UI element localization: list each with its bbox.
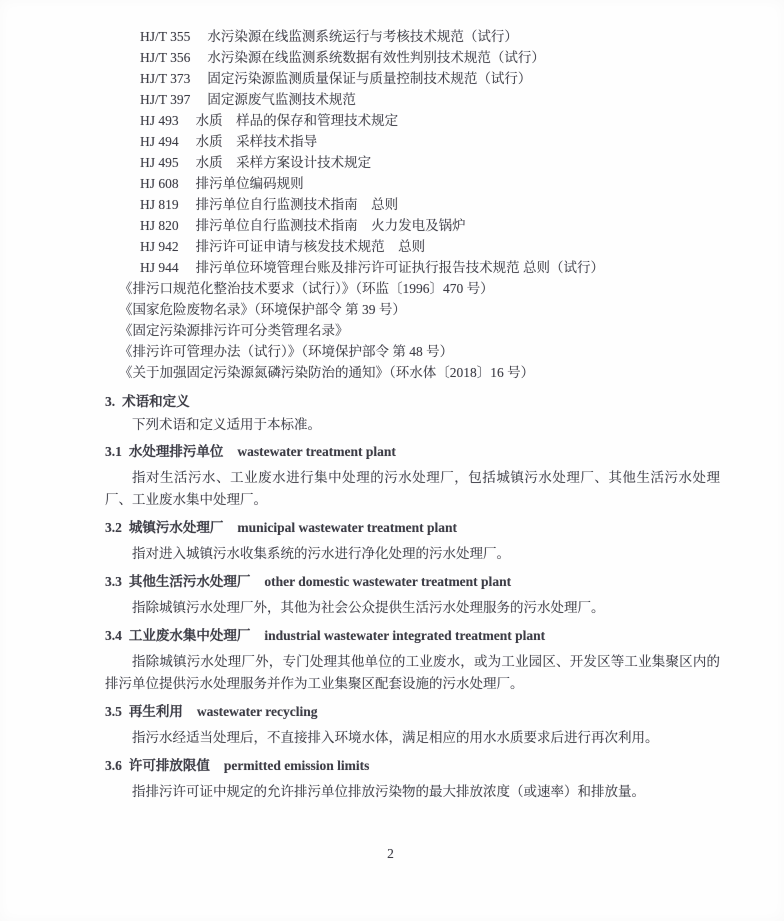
standard-title: 水污染源在线监测系统运行与考核技术规范（试行）	[207, 29, 518, 44]
standard-title: 排污单位编码规则	[196, 176, 304, 191]
term-definition: 指对生活污水、工业废水进行集中处理的污水处理厂，包括城镇污水处理厂、其他生活污水…	[105, 467, 720, 511]
term-name-chinese: 许可排放限值	[129, 758, 210, 773]
standard-title: 固定污染源监测质量保证与质量控制技术规范（试行）	[207, 71, 531, 86]
standard-title: 水质 样品的保存和管理技术规定	[196, 113, 399, 128]
standard-title: 排污单位自行监测技术指南 总则	[196, 197, 399, 212]
standard-code: HJ/T 355	[140, 26, 190, 47]
term-name-chinese: 城镇污水处理厂	[129, 520, 224, 535]
standard-reference-item: HJ 820排污单位自行监测技术指南 火力发电及锅炉	[105, 215, 720, 236]
page-number: 2	[83, 843, 698, 864]
term-definition: 指除城镇污水处理厂外，其他为社会公众提供生活污水处理服务的污水处理厂。	[105, 597, 720, 619]
standards-reference-list: HJ/T 355水污染源在线监测系统运行与考核技术规范（试行） HJ/T 356…	[105, 26, 720, 278]
standard-title: 水污染源在线监测系统数据有效性判别技术规范（试行）	[207, 50, 545, 65]
standard-title: 排污单位自行监测技术指南 火力发电及锅炉	[196, 218, 466, 233]
standard-reference-item: HJ 495水质 采样方案设计技术规定	[105, 152, 720, 173]
standard-code: HJ/T 397	[140, 89, 190, 110]
term-heading: 3.6许可排放限值permitted emission limits	[105, 755, 720, 776]
term-name-chinese: 再生利用	[129, 704, 183, 719]
standard-code: HJ 820	[140, 215, 179, 236]
standard-reference-item: HJ 493水质 样品的保存和管理技术规定	[105, 110, 720, 131]
standard-reference-item: HJ/T 373固定污染源监测质量保证与质量控制技术规范（试行）	[105, 68, 720, 89]
term-name-english: wastewater recycling	[197, 704, 318, 719]
term-heading: 3.1水处理排污单位wastewater treatment plant	[105, 441, 720, 462]
term-number: 3.6	[105, 758, 122, 773]
term-name-chinese: 其他生活污水处理厂	[129, 574, 251, 589]
term-name-english: other domestic wastewater treatment plan…	[264, 574, 511, 589]
document-reference-item: 《国家危险废物名录》（环境保护部令 第 39 号）	[105, 299, 720, 320]
standard-code: HJ 494	[140, 131, 179, 152]
term-name-chinese: 工业废水集中处理厂	[129, 628, 251, 643]
term-heading: 3.5再生利用wastewater recycling	[105, 701, 720, 722]
term-name-chinese: 水处理排污单位	[129, 444, 224, 459]
standard-code: HJ 608	[140, 173, 179, 194]
term-definition: 指排污许可证中规定的允许排污单位排放污染物的最大排放浓度（或速率）和排放量。	[105, 781, 720, 803]
standard-title: 水质 采样方案设计技术规定	[196, 155, 372, 170]
term-number: 3.2	[105, 520, 122, 535]
document-reference-item: 《关于加强固定污染源氮磷污染防治的通知》（环水体〔2018〕16 号）	[105, 362, 720, 383]
standard-code: HJ 493	[140, 110, 179, 131]
section-intro: 下列术语和定义适用于本标准。	[105, 414, 720, 435]
document-reference-item: 《排污口规范化整治技术要求（试行）》（环监〔1996〕470 号）	[105, 278, 720, 299]
standard-reference-item: HJ 608排污单位编码规则	[105, 173, 720, 194]
term-number: 3.4	[105, 628, 122, 643]
section-title: 术语和定义	[122, 394, 190, 409]
standard-code: HJ 944	[140, 257, 179, 278]
standard-reference-item: HJ 942排污许可证申请与核发技术规范 总则	[105, 236, 720, 257]
standard-code: HJ/T 356	[140, 47, 190, 68]
document-page: HJ/T 355水污染源在线监测系统运行与考核技术规范（试行） HJ/T 356…	[0, 0, 784, 921]
term-definition: 指污水经适当处理后，不直接排入环境水体，满足相应的用水水质要求后进行再次利用。	[105, 727, 720, 749]
term-number: 3.3	[105, 574, 122, 589]
term-name-english: municipal wastewater treatment plant	[237, 520, 457, 535]
document-reference-item: 《排污许可管理办法（试行）》（环境保护部令 第 48 号）	[105, 341, 720, 362]
term-heading: 3.4工业废水集中处理厂industrial wastewater integr…	[105, 625, 720, 646]
standard-reference-item: HJ 494水质 采样技术指导	[105, 131, 720, 152]
standard-title: 排污单位环境管理台账及排污许可证执行报告技术规范 总则（试行）	[196, 260, 604, 275]
section-heading: 3.术语和定义	[105, 391, 720, 412]
standard-code: HJ/T 373	[140, 68, 190, 89]
term-name-english: permitted emission limits	[224, 758, 369, 773]
term-definition: 指对进入城镇污水收集系统的污水进行净化处理的污水处理厂。	[105, 543, 720, 565]
documents-reference-list: 《排污口规范化整治技术要求（试行）》（环监〔1996〕470 号） 《国家危险废…	[105, 278, 720, 383]
term-definition: 指除城镇污水处理厂外，专门处理其他单位的工业废水，或为工业园区、开发区等工业集聚…	[105, 651, 720, 695]
section-number: 3.	[105, 394, 115, 409]
term-number: 3.5	[105, 704, 122, 719]
standard-title: 水质 采样技术指导	[196, 134, 318, 149]
standard-code: HJ 495	[140, 152, 179, 173]
terms-list: 3.1水处理排污单位wastewater treatment plant 指对生…	[105, 441, 720, 803]
standard-reference-item: HJ/T 356水污染源在线监测系统数据有效性判别技术规范（试行）	[105, 47, 720, 68]
standard-reference-item: HJ 944排污单位环境管理台账及排污许可证执行报告技术规范 总则（试行）	[105, 257, 720, 278]
standard-reference-item: HJ/T 355水污染源在线监测系统运行与考核技术规范（试行）	[105, 26, 720, 47]
standard-code: HJ 942	[140, 236, 179, 257]
term-heading: 3.2城镇污水处理厂municipal wastewater treatment…	[105, 517, 720, 538]
standard-reference-item: HJ 819排污单位自行监测技术指南 总则	[105, 194, 720, 215]
term-number: 3.1	[105, 444, 122, 459]
standard-title: 固定源废气监测技术规范	[207, 92, 356, 107]
term-name-english: wastewater treatment plant	[237, 444, 395, 459]
term-name-english: industrial wastewater integrated treatme…	[264, 628, 545, 643]
term-heading: 3.3其他生活污水处理厂other domestic wastewater tr…	[105, 571, 720, 592]
standard-code: HJ 819	[140, 194, 179, 215]
document-reference-item: 《固定污染源排污许可分类管理名录》	[105, 320, 720, 341]
standard-reference-item: HJ/T 397固定源废气监测技术规范	[105, 89, 720, 110]
standard-title: 排污许可证申请与核发技术规范 总则	[196, 239, 426, 254]
